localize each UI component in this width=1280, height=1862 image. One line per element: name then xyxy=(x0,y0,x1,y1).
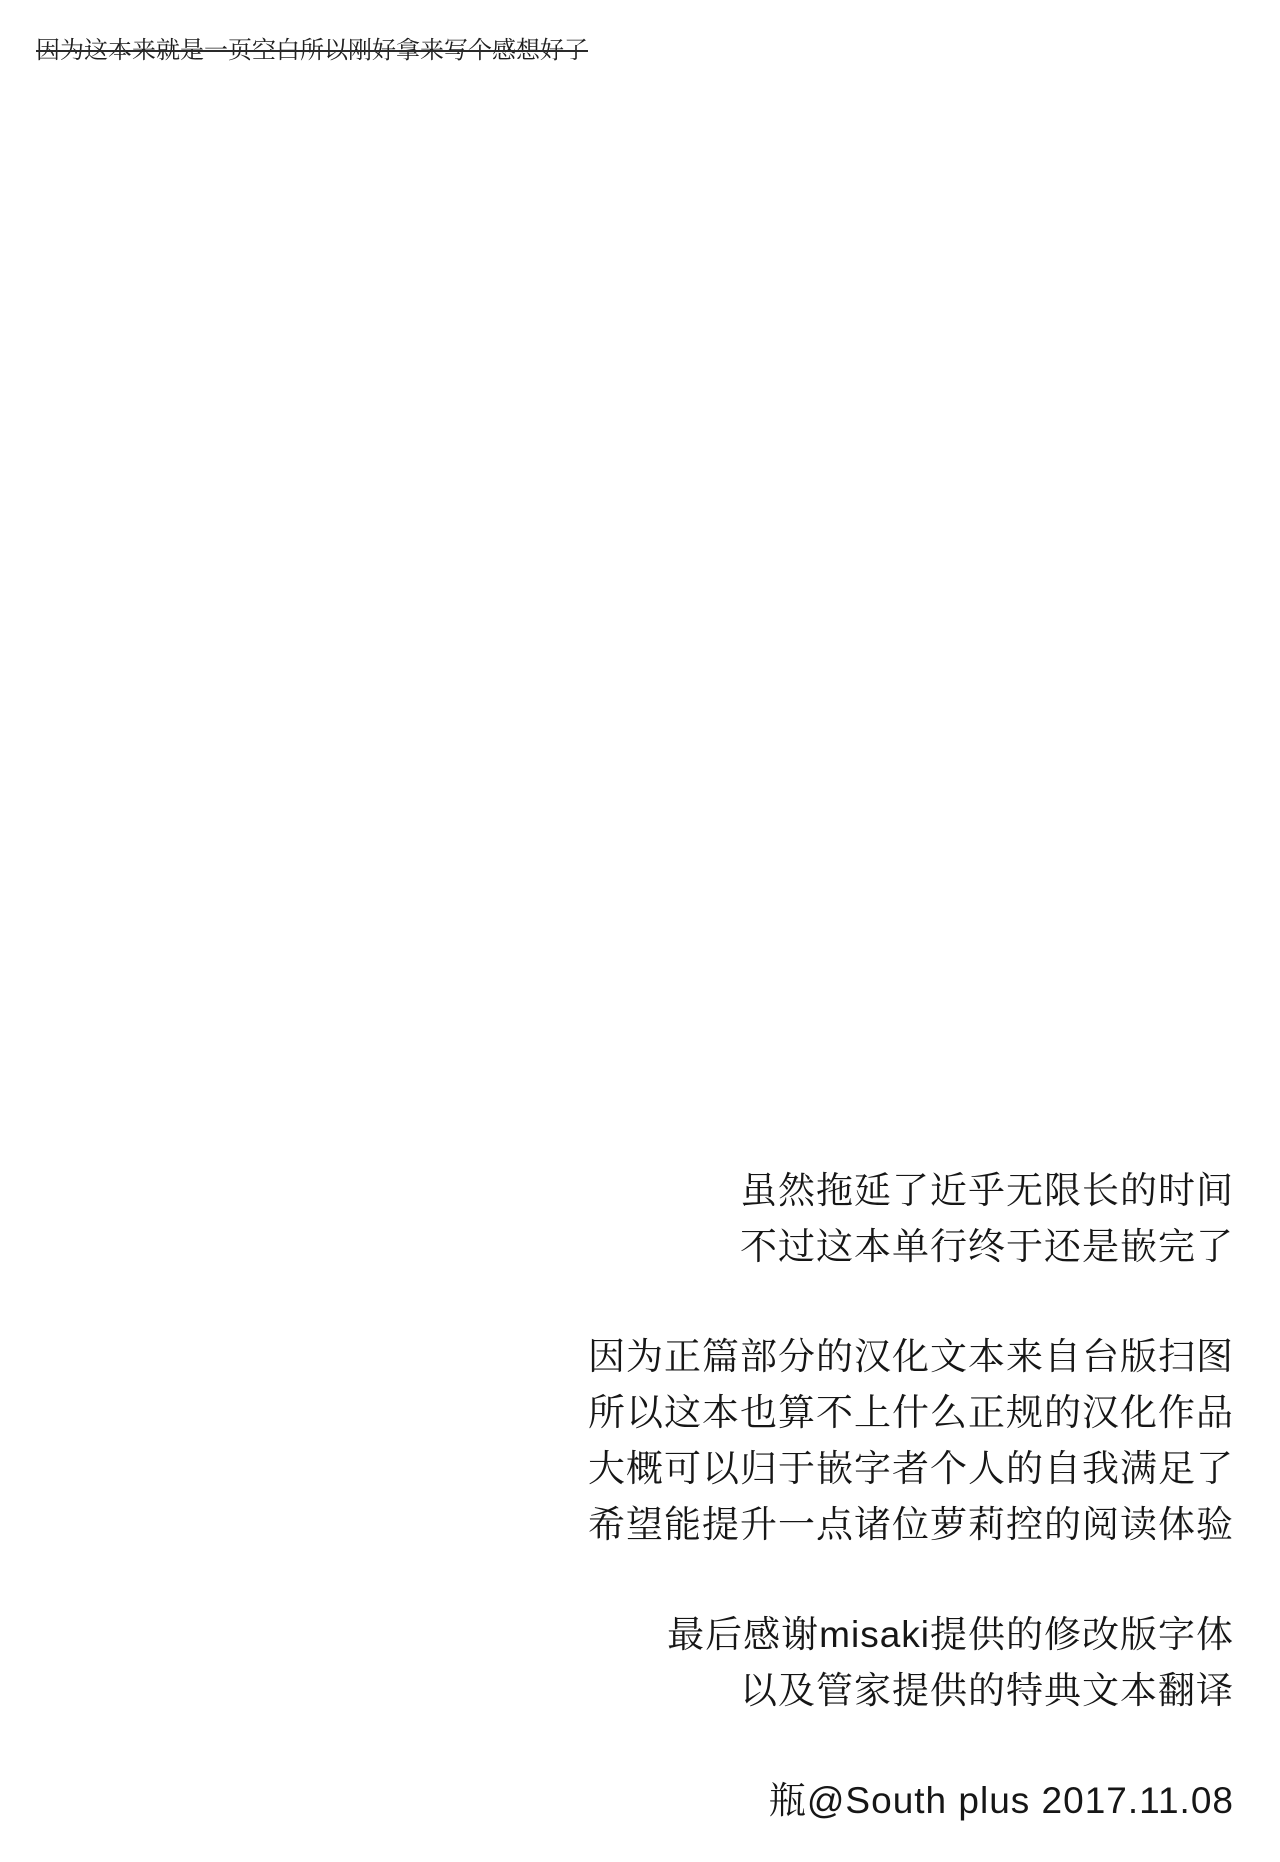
afterword-paragraph: 因为正篇部分的汉化文本来自台版扫图 所以这本也算不上什么正规的汉化作品 大概可以… xyxy=(588,1329,1234,1553)
afterword-line: 以及管家提供的特典文本翻译 xyxy=(588,1663,1234,1719)
afterword-line: 所以这本也算不上什么正规的汉化作品 xyxy=(588,1385,1234,1441)
afterword-line: 虽然拖延了近乎无限长的时间 xyxy=(588,1163,1234,1219)
header-note: 因为这本来就是一页空白所以刚好拿来写个感想好了 xyxy=(36,36,588,66)
afterword-line: 希望能提升一点诸位萝莉控的阅读体验 xyxy=(588,1497,1234,1553)
afterword-paragraph: 最后感谢misaki提供的修改版字体 以及管家提供的特典文本翻译 xyxy=(588,1607,1234,1719)
afterword-line: 因为正篇部分的汉化文本来自台版扫图 xyxy=(588,1329,1234,1385)
signature-line: 瓶@South plus 2017.11.08 xyxy=(588,1773,1234,1829)
afterword-line: 最后感谢misaki提供的修改版字体 xyxy=(588,1607,1234,1663)
afterword-line: 不过这本单行终于还是嵌完了 xyxy=(588,1219,1234,1275)
afterword-block: 虽然拖延了近乎无限长的时间 不过这本单行终于还是嵌完了 因为正篇部分的汉化文本来… xyxy=(588,1163,1234,1829)
afterword-line: 大概可以归于嵌字者个人的自我满足了 xyxy=(588,1441,1234,1497)
scanned-afterword-page: 因为这本来就是一页空白所以刚好拿来写个感想好了 虽然拖延了近乎无限长的时间 不过… xyxy=(0,0,1280,1862)
afterword-paragraph: 虽然拖延了近乎无限长的时间 不过这本单行终于还是嵌完了 xyxy=(588,1163,1234,1275)
